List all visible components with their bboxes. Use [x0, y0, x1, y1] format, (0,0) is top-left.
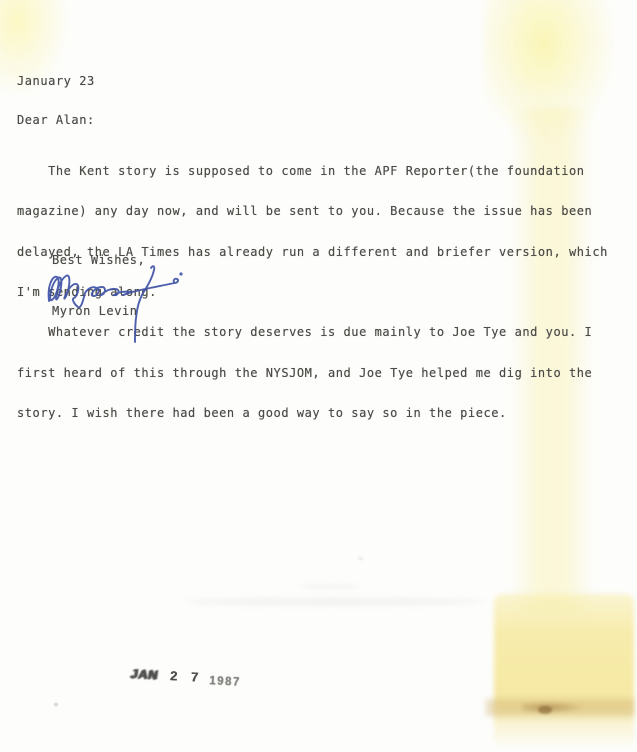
- letter-signed-name: Myron Levin: [52, 304, 138, 318]
- signature-ink-dot: [179, 272, 182, 275]
- paper-stain-top-right: [484, 0, 616, 142]
- paper-stain-speckles: [522, 701, 586, 714]
- paper-smudge: [300, 584, 360, 589]
- body-line: The Kent story is supposed to come in th…: [17, 165, 608, 178]
- paper-speck: [358, 557, 363, 560]
- paper-stain-bottom-band: [486, 699, 634, 716]
- stamp-day: 2 7: [170, 668, 204, 685]
- body-line: first heard of this through the NYSJOM, …: [17, 367, 608, 380]
- paper-smudge: [185, 598, 485, 605]
- stamp-year: 1987: [209, 675, 241, 689]
- stamp-month: JAN: [130, 666, 160, 682]
- letter-salutation: Dear Alan:: [17, 113, 95, 127]
- received-date-stamp: JAN 2 7 1987: [131, 665, 242, 689]
- letter-date: January 23: [17, 74, 95, 88]
- paper-stain-dark-speck: [538, 706, 552, 714]
- body-line: story. I wish there had been a good way …: [17, 407, 608, 420]
- paper-speck: [54, 703, 58, 706]
- paper-stain-bottom-right: [494, 594, 634, 746]
- signature-scrawl: [49, 275, 131, 307]
- scanned-letter-page: January 23 Dear Alan: The Kent story is …: [0, 0, 637, 752]
- body-line: magazine) any day now, and will be sent …: [17, 205, 608, 218]
